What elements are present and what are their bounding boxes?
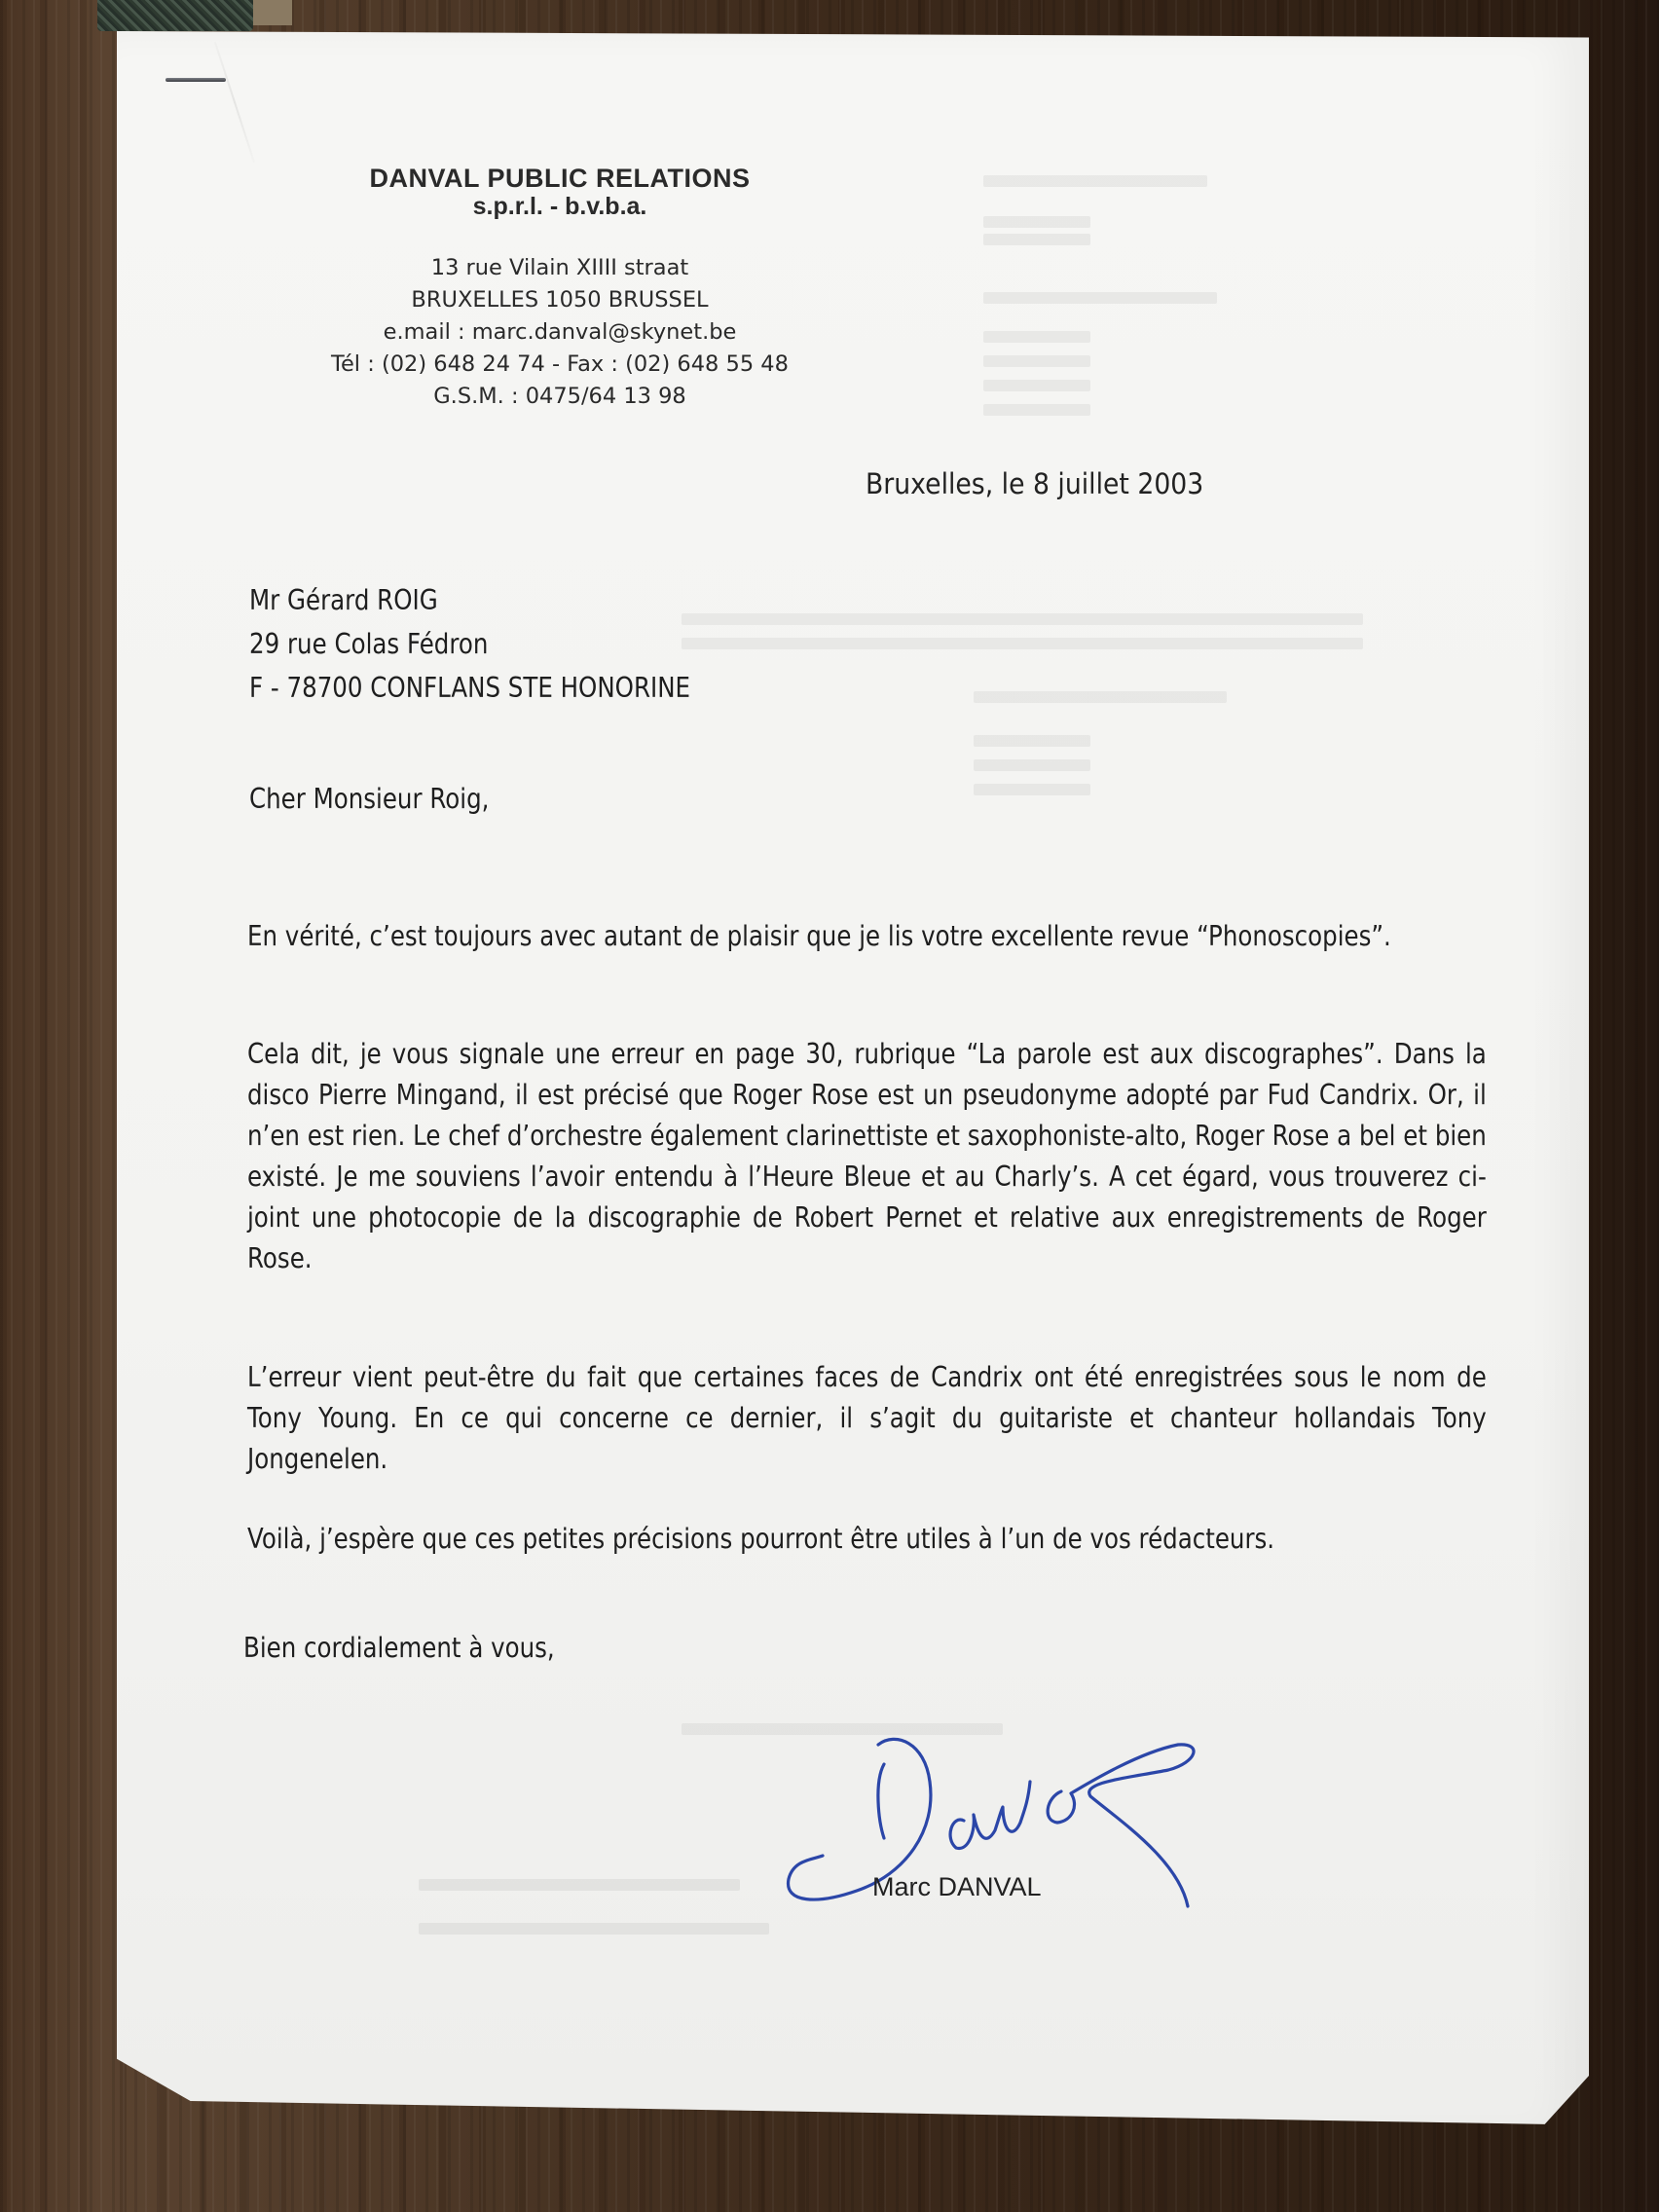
recipient-name: Mr Gérard ROIG <box>249 578 919 622</box>
body-paragraph: L’erreur vient peut-être du fait que cer… <box>247 1357 1487 1480</box>
fabric-strip <box>97 0 253 31</box>
body-paragraph: Cela dit, je vous signale une erreur en … <box>247 1034 1487 1279</box>
recipient-street: 29 rue Colas Fédron <box>249 622 919 666</box>
letterhead: DANVAL PUBLIC RELATIONS s.p.r.l. - b.v.b… <box>243 164 876 413</box>
closing: Bien cordialement à vous, <box>243 1628 555 1669</box>
body-paragraph: Voilà, j’espère que ces petites précisio… <box>247 1519 1487 1560</box>
body-paragraph: En vérité, c’est toujours avec autant de… <box>247 916 1487 957</box>
recipient-city: F - 78700 CONFLANS STE HONORINE <box>249 666 919 710</box>
salutation: Cher Monsieur Roig, <box>249 779 489 820</box>
background-detail <box>253 0 292 25</box>
address-line: 13 rue Vilain XIIII straat <box>243 252 876 284</box>
recipient-address: Mr Gérard ROIG 29 rue Colas Fédron F - 7… <box>249 578 919 710</box>
signer-name: Marc DANVAL <box>872 1872 1042 1902</box>
email-line: e.mail : marc.danval@skynet.be <box>243 316 876 349</box>
staple-icon <box>166 78 226 82</box>
legal-form: s.p.r.l. - b.v.b.a. <box>243 193 876 220</box>
address-line: BRUXELLES 1050 BRUSSEL <box>243 284 876 316</box>
sender-address: 13 rue Vilain XIIII straat BRUXELLES 105… <box>243 252 876 413</box>
gsm-line: G.S.M. : 0475/64 13 98 <box>243 381 876 413</box>
phone-line: Tél : (02) 648 24 74 - Fax : (02) 648 55… <box>243 349 876 381</box>
date-line: Bruxelles, le 8 juillet 2003 <box>866 467 1203 500</box>
company-name: DANVAL PUBLIC RELATIONS <box>243 164 876 193</box>
